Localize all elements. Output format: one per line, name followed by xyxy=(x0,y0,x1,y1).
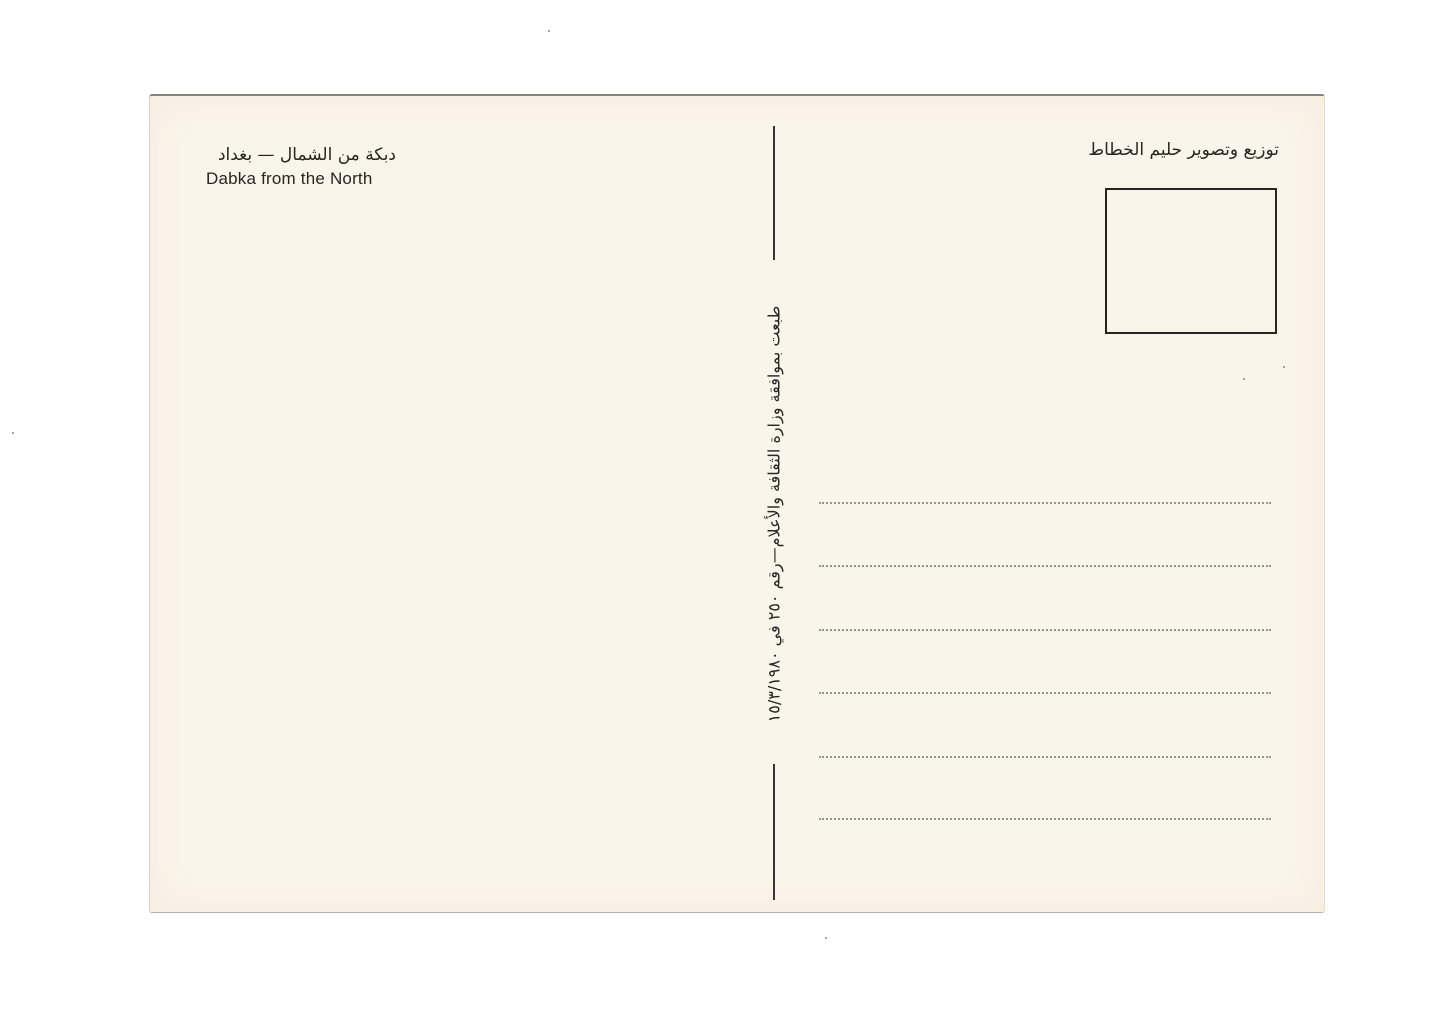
address-line xyxy=(819,565,1271,567)
postcard-back: دبكة من الشمال — بغداد Dabka from the No… xyxy=(149,94,1325,913)
address-line xyxy=(819,629,1271,631)
printing-note-text: طبعت بموافقة وزارة الثقافة والأعلام—رقم … xyxy=(765,306,784,723)
speck xyxy=(1283,366,1285,368)
speck xyxy=(825,937,827,939)
stamp-box xyxy=(1105,188,1277,334)
caption: دبكة من الشمال — بغداد Dabka from the No… xyxy=(206,144,396,190)
divider-bottom-segment xyxy=(773,764,775,900)
speck xyxy=(12,432,14,434)
caption-english: Dabka from the North xyxy=(206,168,396,190)
address-line xyxy=(819,756,1271,758)
publisher-credit: توزيع وتصوير حليم الخطاط xyxy=(1088,140,1279,160)
speck xyxy=(1243,378,1245,380)
address-line xyxy=(819,818,1271,820)
address-line xyxy=(819,502,1271,504)
divider-top-segment xyxy=(773,126,775,260)
address-line xyxy=(819,692,1271,694)
speck xyxy=(548,30,550,32)
caption-arabic: دبكة من الشمال — بغداد xyxy=(206,144,396,166)
